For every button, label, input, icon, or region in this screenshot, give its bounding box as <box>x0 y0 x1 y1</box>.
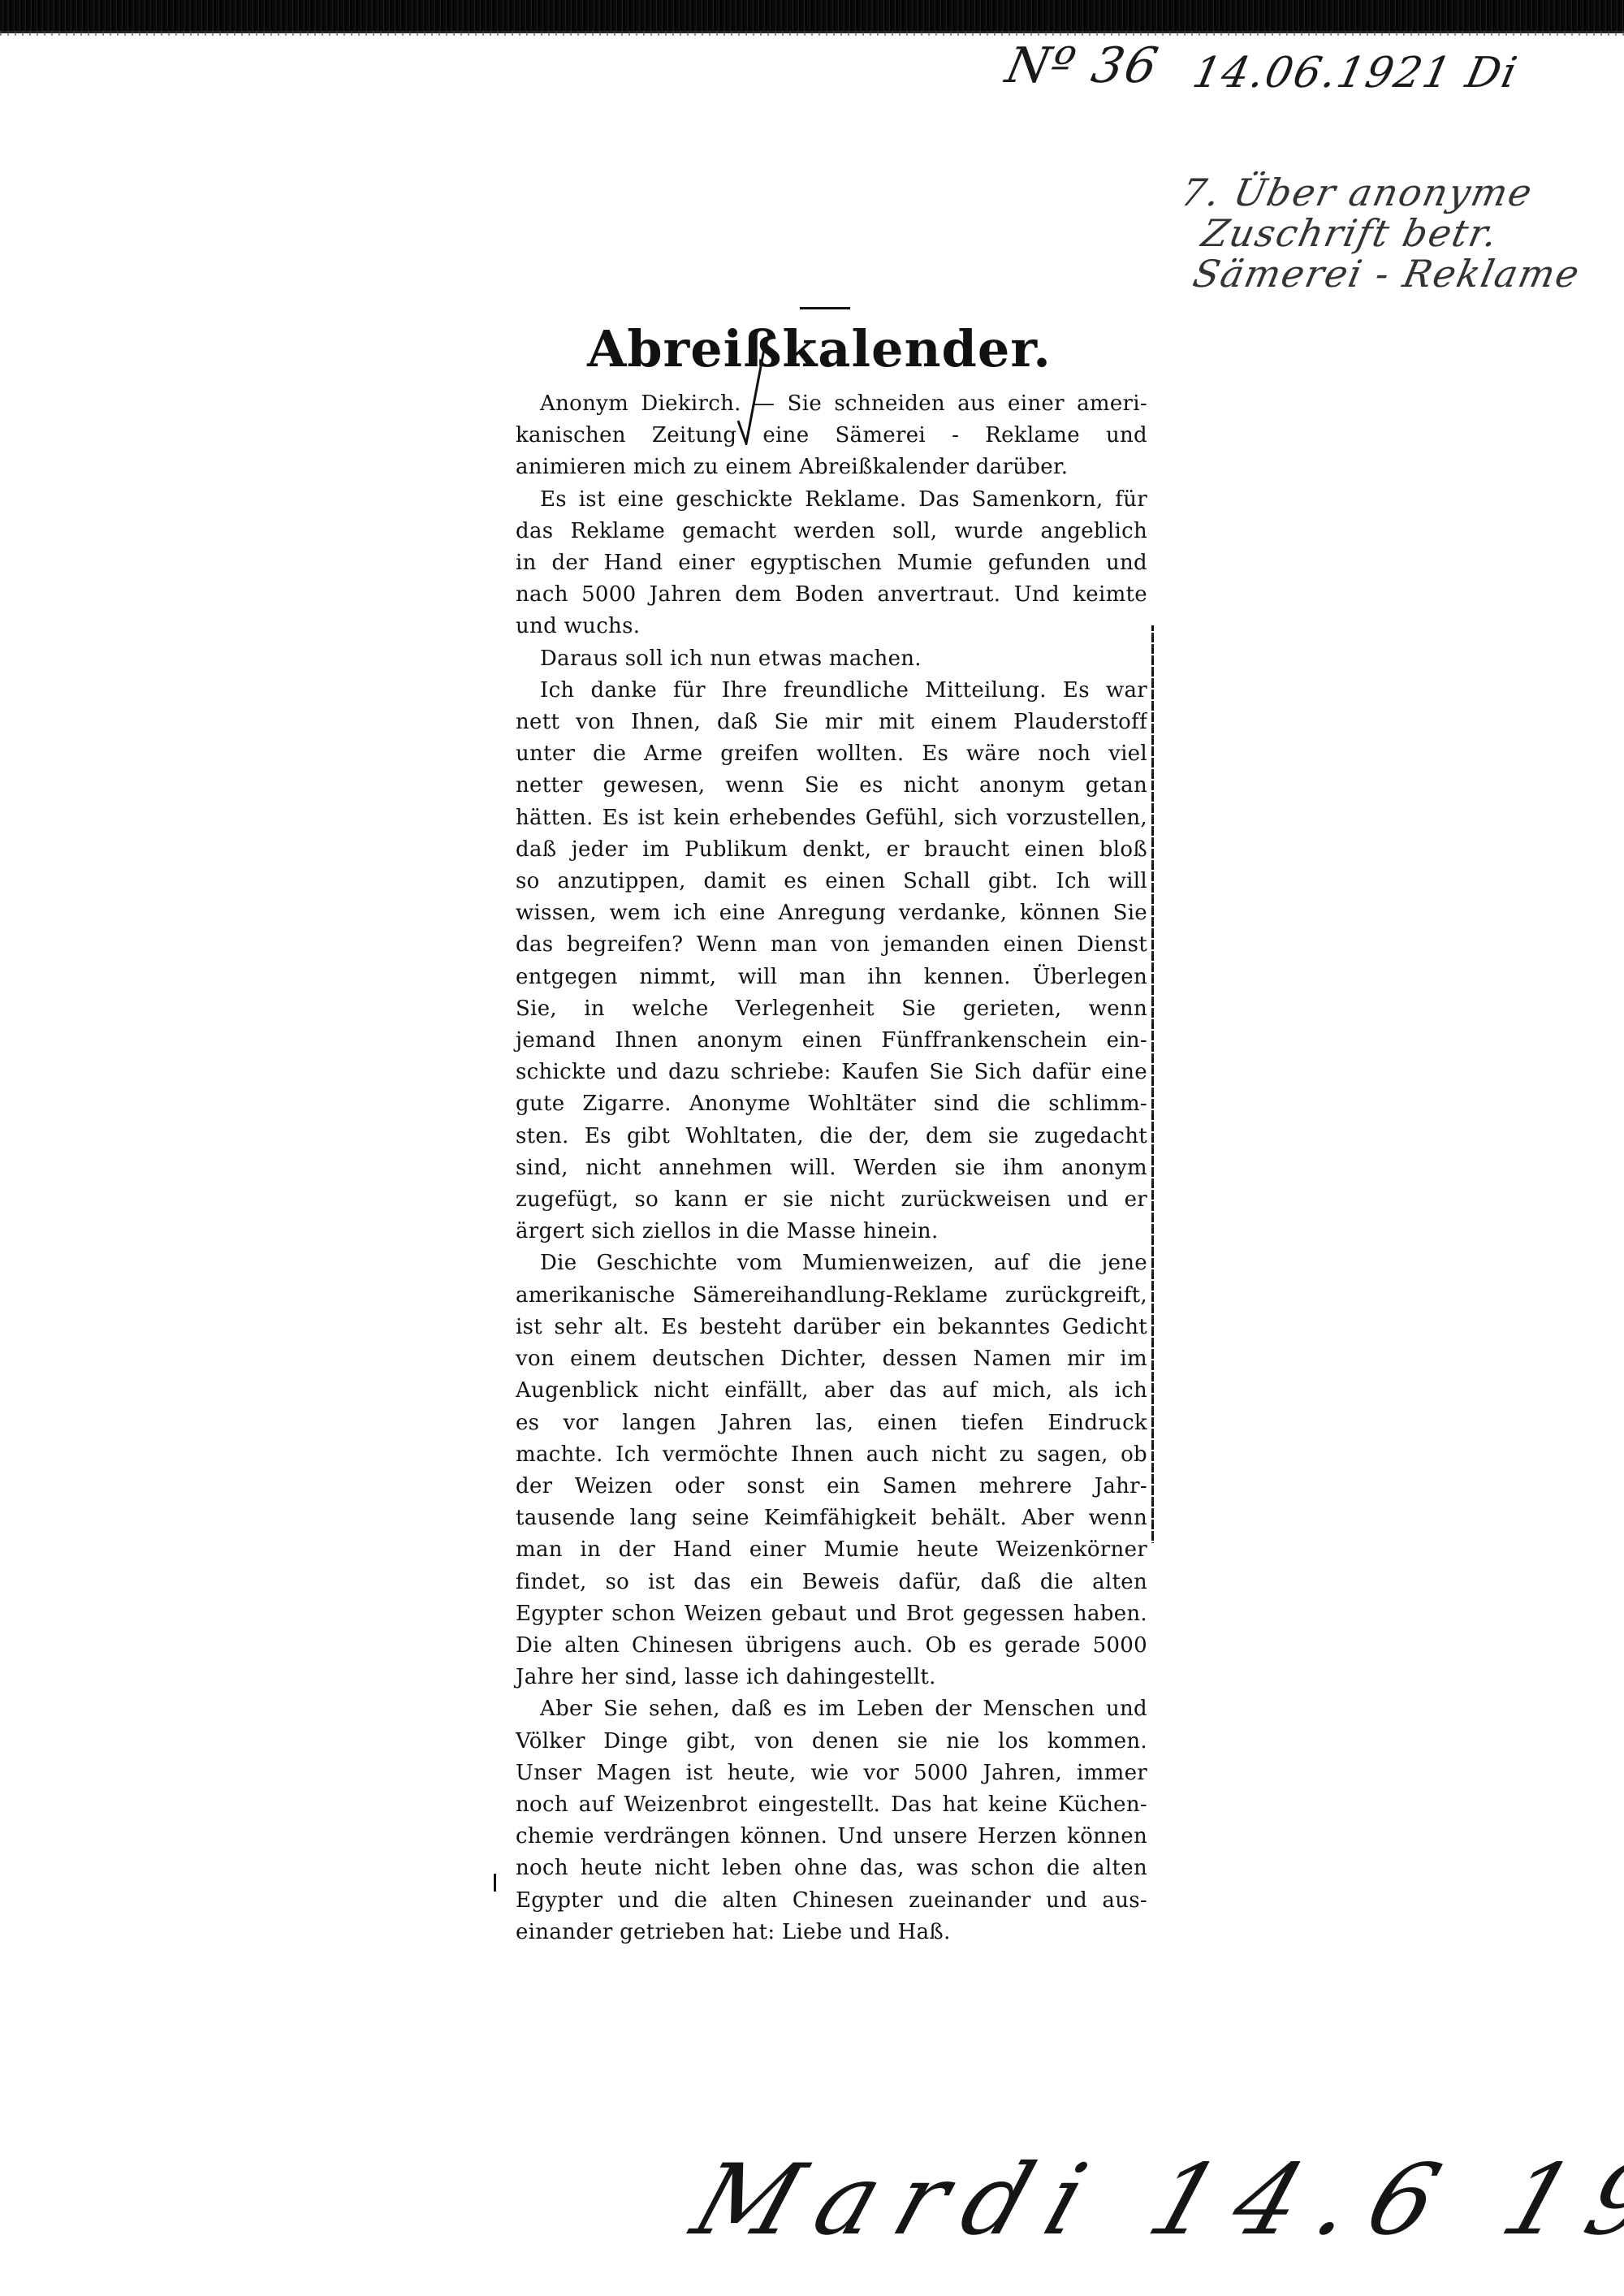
text-line: Jahre her sind, lasse ich dahingestellt. <box>491 1662 1147 1693</box>
text-line: der Weizen oder sonst ein Samen mehrere … <box>491 1471 1147 1503</box>
text-line: Ich danke für Ihre freundliche Mitteilun… <box>491 675 1147 707</box>
text-line: Aber Sie sehen, daß es im Leben der Mens… <box>491 1693 1147 1725</box>
text-line: zugefügt, so kann er sie nicht zurückwei… <box>491 1184 1147 1216</box>
text-line: es vor langen Jahren las, einen tiefen E… <box>491 1407 1147 1439</box>
text-line: Die alten Chinesen übrigens auch. Ob es … <box>491 1630 1147 1662</box>
text-line: animieren mich zu einem Abreißkalender d… <box>491 452 1147 483</box>
text-line: chemie verdrängen können. Und unsere Her… <box>491 1821 1147 1853</box>
text-line: wissen, wem ich eine Anregung verdanke, … <box>491 897 1147 929</box>
text-line: Anonym Diekirch. — Sie schneiden aus ein… <box>491 388 1147 420</box>
paragraph: Anonym Diekirch. — Sie schneiden aus ein… <box>491 388 1147 484</box>
text-line: Es ist eine geschickte Reklame. Das Same… <box>491 484 1147 516</box>
text-line: noch heute nicht leben ohne das, was sch… <box>491 1853 1147 1884</box>
paragraph: Aber Sie sehen, daß es im Leben der Mens… <box>491 1693 1147 1948</box>
text-line: Unser Magen ist heute, wie vor 5000 Jahr… <box>491 1758 1147 1789</box>
text-line: Völker Dinge gibt, von denen sie nie los… <box>491 1726 1147 1758</box>
paragraph: Ich danke für Ihre freundliche Mitteilun… <box>491 675 1147 1248</box>
note-line: Zuschrift betr. <box>1169 213 1593 253</box>
text-line: in der Hand einer egyptischen Mumie gefu… <box>491 547 1147 579</box>
paragraph: Daraus soll ich nun etwas machen. <box>491 643 1147 675</box>
handwritten-note: 7. Über anonyme Zuschrift betr. Sämerei … <box>1160 172 1601 294</box>
article-title: Abreißkalender. <box>491 317 1147 382</box>
note-line: Sämerei - Reklame <box>1160 253 1584 294</box>
column-rule <box>1151 625 1154 1543</box>
text-line: nett von Ihnen, daß Sie mir mit einem Pl… <box>491 707 1147 738</box>
text-line: das begreifen? Wenn man von jemanden ein… <box>491 929 1147 961</box>
text-line: Sie, in welche Verlegenheit Sie gerieten… <box>491 993 1147 1025</box>
text-line: tausende lang seine Keimfähigkeit behält… <box>491 1503 1147 1534</box>
text-line: findet, so ist das ein Beweis dafür, daß… <box>491 1567 1147 1598</box>
text-line: einander getrieben hat: Liebe und Haß. <box>491 1917 1147 1948</box>
text-line: Die Geschichte vom Mumienweizen, auf die… <box>491 1247 1147 1279</box>
text-line: Egypter und die alten Chinesen zueinande… <box>491 1885 1147 1917</box>
text-line: so anzutippen, damit es einen Schall gib… <box>491 866 1147 897</box>
paragraph: Es ist eine geschickte Reklame. Das Same… <box>491 484 1147 643</box>
text-line: Egypter schon Weizen gebaut und Brot geg… <box>491 1598 1147 1630</box>
text-line: noch auf Weizenbrot eingestellt. Das hat… <box>491 1789 1147 1821</box>
text-line: ärgert sich ziellos in die Masse hinein. <box>491 1216 1147 1247</box>
text-line: Daraus soll ich nun etwas machen. <box>491 643 1147 675</box>
text-line: und wuchs. <box>491 611 1147 642</box>
archive-number: Nº 36 <box>1001 37 1164 94</box>
text-line: ist sehr alt. Es besteht darüber ein bek… <box>491 1312 1147 1343</box>
article-body: Anonym Diekirch. — Sie schneiden aus ein… <box>491 388 1147 1948</box>
bottom-date-inscription: Mardi 14.6 1921 <box>680 2144 1624 2257</box>
text-line: entgegen nimmt, will man ihn kennen. Übe… <box>491 962 1147 993</box>
text-line: jemand Ihnen anonym einen Fünffrankensch… <box>491 1025 1147 1057</box>
text-line: gute Zigarre. Anonyme Wohltäter sind die… <box>491 1088 1147 1120</box>
text-line: daß jeder im Publikum denkt, er braucht … <box>491 834 1147 866</box>
text-line: machte. Ich vermöchte Ihnen auch nicht z… <box>491 1439 1147 1471</box>
text-line: man in der Hand einer Mumie heute Weizen… <box>491 1534 1147 1566</box>
paragraph: Die Geschichte vom Mumienweizen, auf die… <box>491 1247 1147 1693</box>
text-line: schickte und dazu schriebe: Kaufen Sie S… <box>491 1057 1147 1088</box>
text-line: kanischen Zeitung eine Sämerei - Reklame… <box>491 420 1147 452</box>
archive-date: 14.06.1921 Di <box>1189 49 1522 97</box>
clipping-edge-mark <box>494 1874 496 1892</box>
text-line: sind, nicht annehmen will. Werden sie ih… <box>491 1152 1147 1184</box>
newspaper-clipping: Abreißkalender. Anonym Diekirch. — Sie s… <box>491 301 1147 1948</box>
text-line: Augenblick nicht einfällt, aber das auf … <box>491 1375 1147 1407</box>
text-line: das Reklame gemacht werden soll, wurde a… <box>491 516 1147 547</box>
text-line: amerikanische Sämereihandlung-Reklame zu… <box>491 1280 1147 1312</box>
note-line: 7. Über anonyme <box>1177 172 1601 213</box>
scan-edge-bar <box>0 0 1624 33</box>
text-line: sten. Es gibt Wohltaten, die der, dem si… <box>491 1121 1147 1152</box>
text-line: netter gewesen, wenn Sie es nicht anonym… <box>491 770 1147 802</box>
text-line: hätten. Es ist kein erhebendes Gefühl, s… <box>491 802 1147 834</box>
text-line: nach 5000 Jahren dem Boden anvertraut. U… <box>491 579 1147 611</box>
text-line: unter die Arme greifen wollten. Es wäre … <box>491 738 1147 770</box>
text-line: von einem deutschen Dichter, dessen Name… <box>491 1343 1147 1375</box>
